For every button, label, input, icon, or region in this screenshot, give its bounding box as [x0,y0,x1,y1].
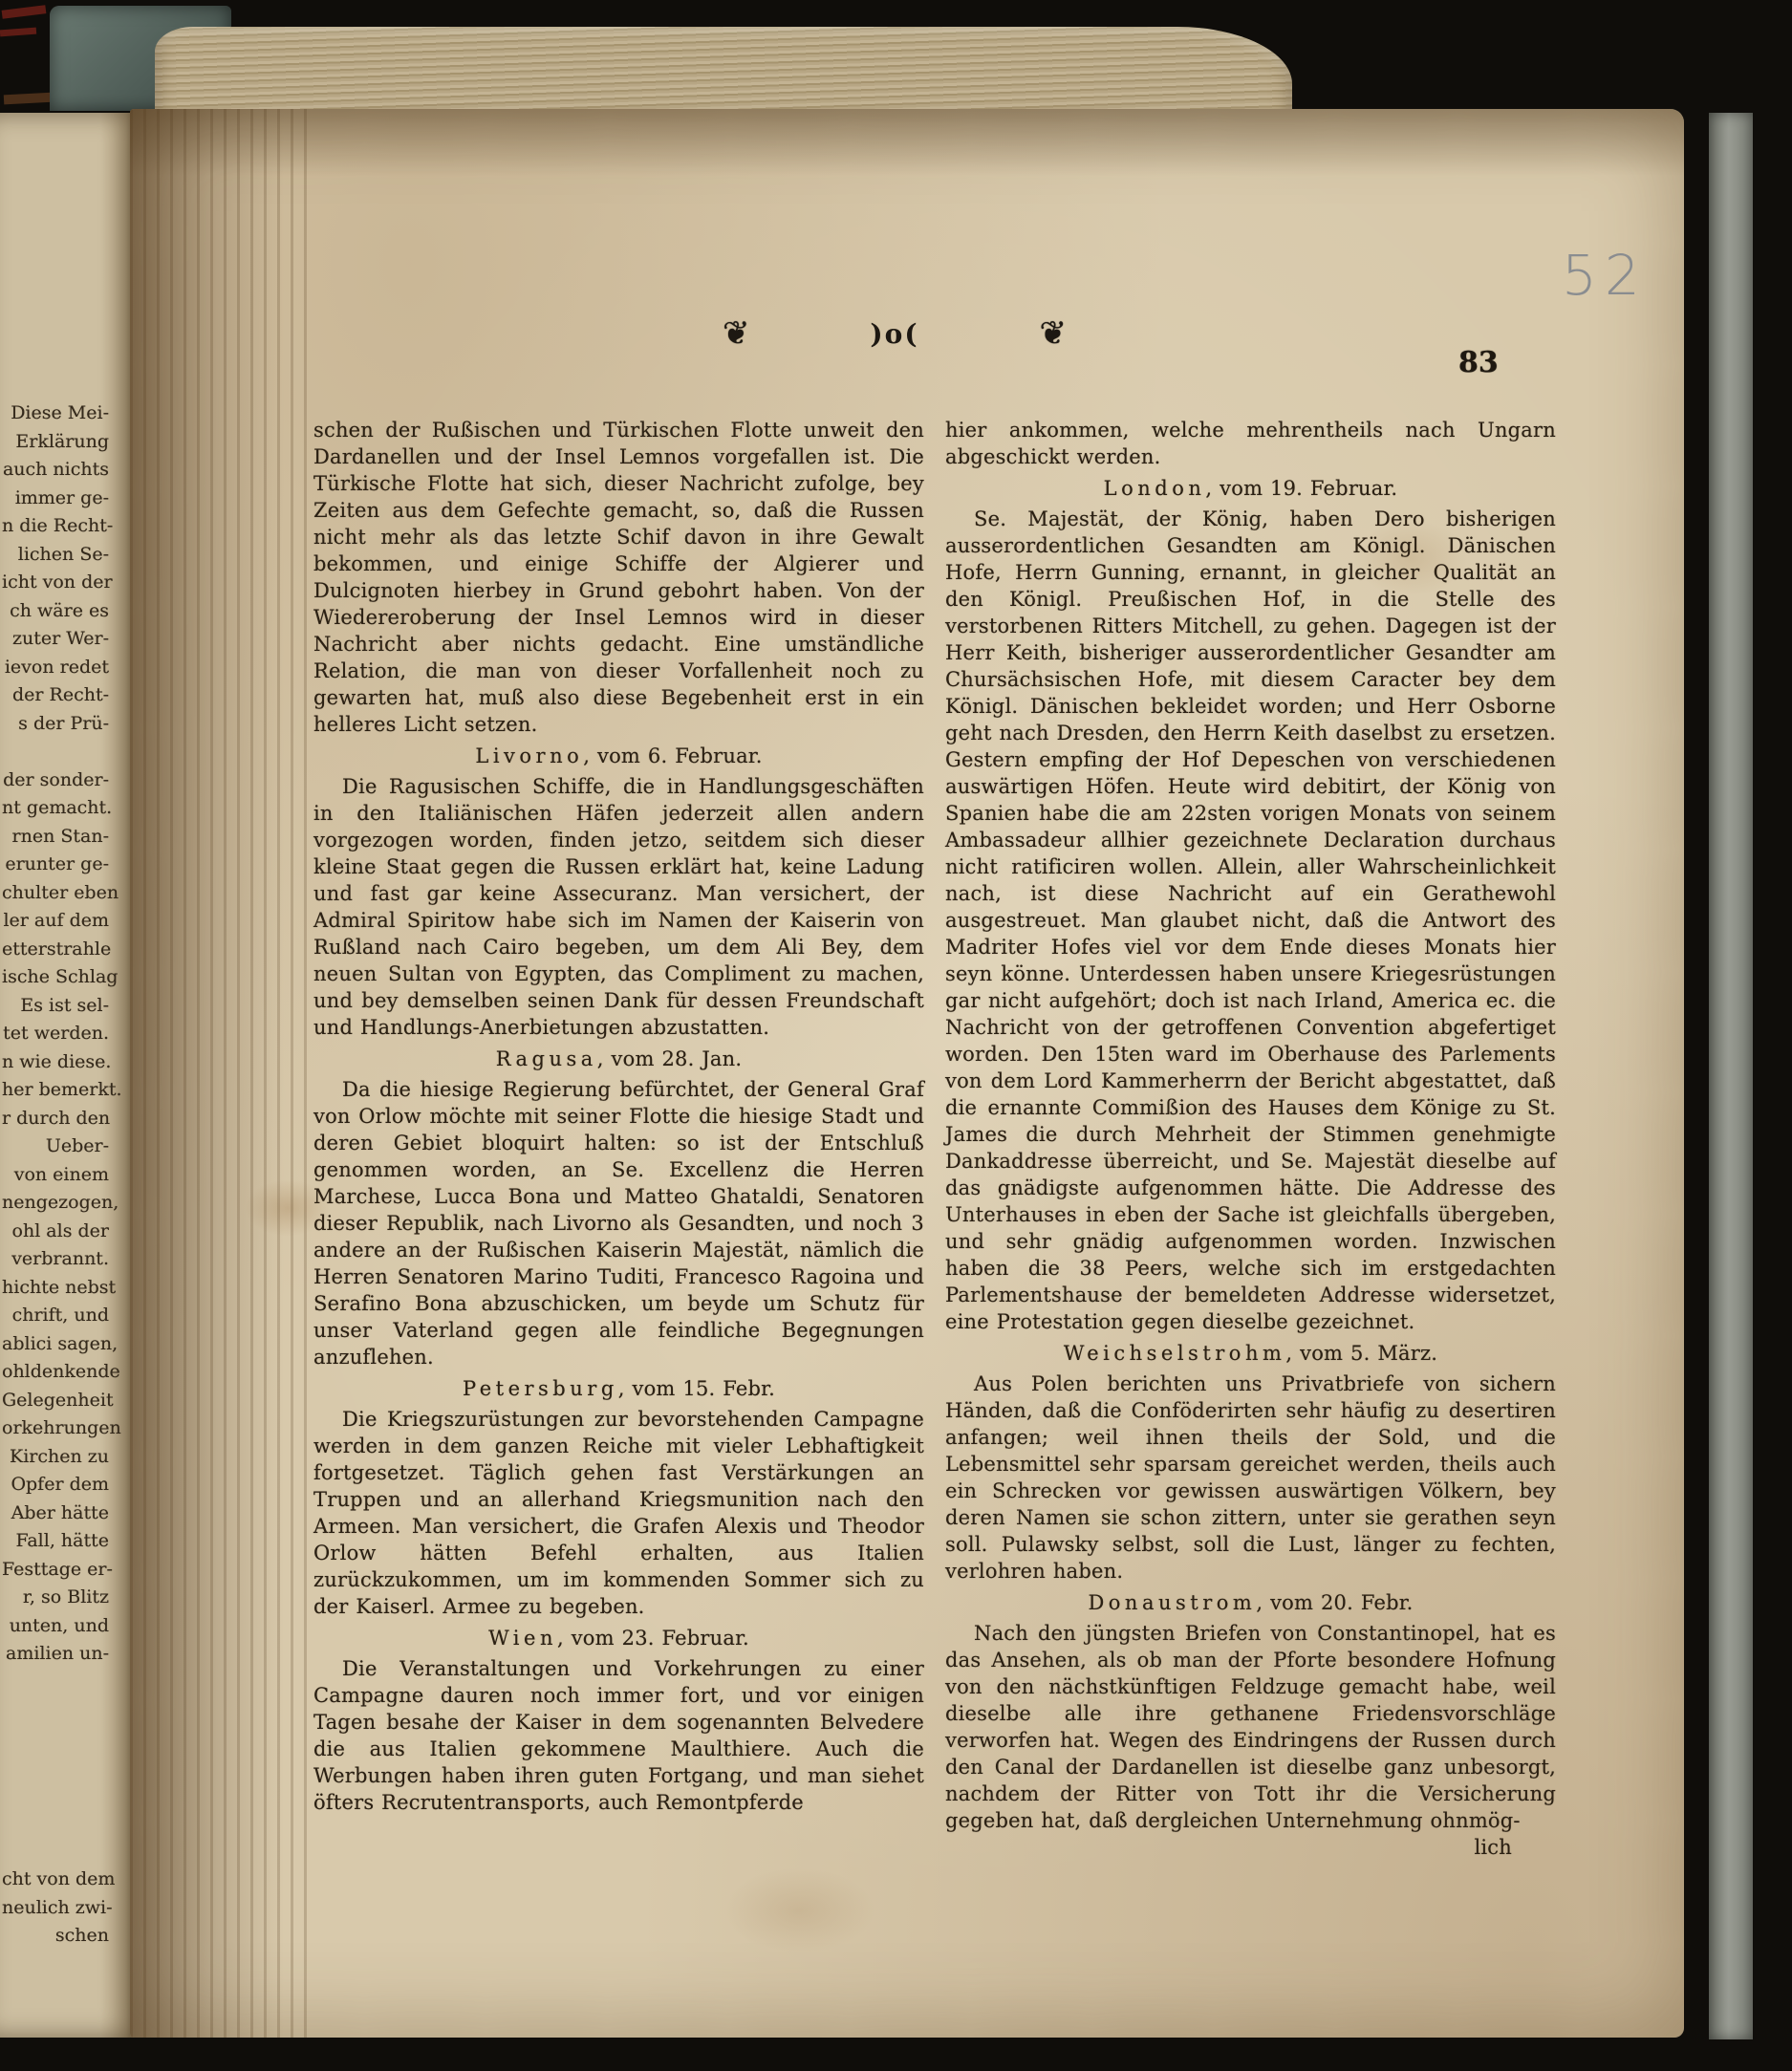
margin-text-line: zuter Wer- [2,625,109,654]
left-column: schen der Rußischen und Türkischen Flott… [313,417,924,1861]
dateline-heading: Wien, vom 23. Februar. [313,1625,924,1651]
margin-text-line: nt gemacht. [2,794,109,823]
article-paragraph: Die Ragusischen Schiffe, die in Handlung… [313,773,924,1041]
article-paragraph: Die Kriegszurüstungen zur bevorstehenden… [313,1406,924,1620]
margin-text-line: Festtage er- [2,1556,109,1585]
margin-text-line: der sonder- [2,766,109,795]
margin-text-line [2,1809,109,1838]
margin-text-line [2,1753,109,1781]
dateline-heading: Donaustrom, vom 20. Febr. [945,1589,1556,1616]
dateline-date: , vom 28. Jan. [597,1047,742,1070]
dateline-date: , vom 23. Februar. [557,1627,749,1650]
dateline-place: Wien [488,1627,557,1650]
margin-text-line: ische Schlag [2,963,109,992]
article-paragraph: hier ankommen, welche mehrentheils nach … [945,417,1556,470]
margin-text-line: ohldenkende [2,1358,109,1387]
dateline-place: Livorno [475,744,583,767]
margin-text-line: immer ge- [2,485,109,513]
margin-text-line [2,1696,109,1725]
margin-text-line: Gelegenheit [2,1387,109,1415]
page-number: 83 [1458,346,1499,379]
article-paragraph: schen der Rußischen und Türkischen Flott… [313,417,924,738]
margin-text-line: Erklärung [2,428,109,457]
gutter-shadow [130,109,312,2038]
spine-red-marks [0,0,57,115]
fleuron-icon: ❦ [723,317,750,350]
margin-text-line: erunter ge- [2,851,109,879]
margin-text-line: ler auf dem [2,907,109,936]
right-column: hier ankommen, welche mehrentheils nach … [945,417,1556,1861]
top-edge-shadow [130,109,1684,176]
handwritten-archive-number: 52 [1562,243,1648,308]
margin-text-line: Kirchen zu [2,1443,109,1472]
margin-text-line: auch nichts [2,456,109,485]
paper-stain [723,1867,875,1953]
article-paragraph: Da die hiesige Regierung befürchtet, der… [313,1076,924,1370]
dateline-place: Weichselstrohm [1064,1342,1286,1365]
margin-text-line: rnen Stan- [2,823,109,852]
dateline-heading: Petersburg, vom 15. Febr. [313,1375,924,1402]
margin-text-line: Es ist sel- [2,992,109,1021]
text-columns: schen der Rußischen und Türkischen Flott… [313,417,1556,1861]
facing-page-text-fragments: Diese Mei-Erklärungauch nichtsimmer ge-n… [2,399,109,1951]
margin-text-line: nengezogen, [2,1189,109,1218]
margin-text-line: n die Recht- [2,512,109,541]
margin-text-line: orkehrungen [2,1414,109,1443]
margin-text-line [2,1838,109,1866]
dateline-place: Petersburg [463,1377,618,1400]
margin-text-line: tet werden. [2,1020,109,1048]
margin-text-line: Opfer dem [2,1471,109,1499]
margin-text-line: Aber hätte [2,1499,109,1528]
dateline-place: Donaustrom [1088,1591,1256,1614]
margin-text-line: chulter eben [2,879,109,908]
facing-page-edge: Diese Mei-Erklärungauch nichtsimmer ge-n… [0,113,143,2038]
margin-text-line [2,738,109,766]
margin-text-line: Diese Mei- [2,399,109,428]
margin-text-line: ch wäre es [2,597,109,626]
margin-text-line: Fall, hätte [2,1527,109,1556]
margin-text-line: etterstrahle [2,936,109,964]
margin-text-line: r, so Blitz [2,1584,109,1612]
margin-text-line [2,1781,109,1810]
margin-text-line: her bemerkt. [2,1076,109,1105]
article-paragraph: Die Veranstaltungen und Vorkehrungen zu … [313,1655,924,1816]
dateline-date: , vom 5. März. [1285,1342,1437,1365]
margin-text-line: ohl als der [2,1218,109,1246]
dateline-heading: Livorno, vom 6. Februar. [313,743,924,769]
margin-text-line: amilien un- [2,1640,109,1669]
article-paragraph: Se. Majestät, der König, haben Dero bish… [945,506,1556,1335]
book-cover-right-edge [1709,113,1753,2039]
margin-text-line: chrift, und [2,1302,109,1330]
margin-text-line: cht von dem [2,1866,109,1894]
header-ornaments: ❦ )o( ❦ [723,317,1067,350]
margin-text-line [2,1669,109,1697]
dateline-date: , vom 6. Februar. [583,744,762,767]
dateline-date: , vom 15. Febr. [618,1377,775,1400]
dateline-heading: Weichselstrohm, vom 5. März. [945,1340,1556,1367]
margin-text-line: lichen Se- [2,541,109,570]
dateline-place: Ragusa [496,1047,597,1070]
margin-text-line: der Recht- [2,681,109,710]
newspaper-page: 52 ❦ )o( ❦ 83 schen der Rußischen und Tü… [130,109,1684,2038]
margin-text-line: ablici sagen, [2,1330,109,1359]
dateline-place: London [1104,477,1206,500]
dateline-date: , vom 20. Febr. [1256,1591,1413,1614]
header-divider-mark: )o( [870,318,918,350]
book-scan-photo: { "header": { "handwritten_number": "52"… [0,0,1792,2071]
margin-text-line: schen [2,1922,109,1951]
margin-text-line: icht von der [2,569,109,597]
margin-text-line: hichte nebst [2,1274,109,1303]
article-paragraph: Aus Polen berichten uns Privatbriefe von… [945,1370,1556,1585]
fleuron-icon: ❦ [1039,317,1067,350]
margin-text-line: neulich zwi- [2,1894,109,1923]
dateline-heading: London, vom 19. Februar. [945,475,1556,502]
dateline-date: , vom 19. Februar. [1205,477,1397,500]
margin-text-line: ievon redet [2,654,109,682]
margin-text-line [2,1725,109,1754]
margin-text-line: n wie diese. [2,1048,109,1077]
dateline-heading: Ragusa, vom 28. Jan. [313,1046,924,1072]
margin-text-line: unten, und [2,1612,109,1641]
margin-text-line: von einem [2,1161,109,1190]
margin-text-line: r durch den [2,1105,109,1133]
margin-text-line: Ueber- [2,1133,109,1161]
article-paragraph: Nach den jüngsten Briefen von Constantin… [945,1620,1556,1834]
catchword: lich [945,1834,1556,1861]
margin-text-line: verbrannt. [2,1245,109,1274]
margin-text-line: s der Prü- [2,710,109,739]
